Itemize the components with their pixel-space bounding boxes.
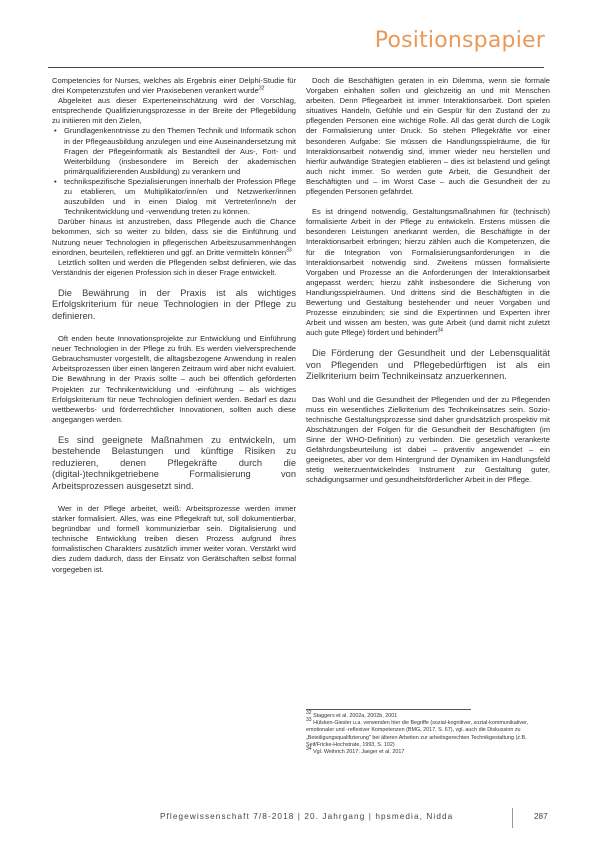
paragraph: Wer in der Pflege arbeitet, weiß: Arbeit… bbox=[52, 504, 296, 575]
paragraph: Das Wohl und die Gesundheit der Pflegend… bbox=[306, 395, 550, 486]
key-statement: Die Bewährung in der Praxis ist als wich… bbox=[52, 288, 296, 322]
footnotes: 32 Staggers et al. 2002a, 2002b, 2001 33… bbox=[306, 713, 550, 756]
footnote: 33 Hülsken-Giesler u.a. verwenden hier d… bbox=[306, 720, 550, 749]
right-column: Doch die Beschäftigten geraten in ein Di… bbox=[306, 76, 550, 485]
list-item: technikspezifische Spezialisierungen inn… bbox=[64, 177, 296, 217]
paragraph: Oft enden heute Innovationsprojekte zur … bbox=[52, 334, 296, 425]
left-column: Competencies for Nurses, welches als Erg… bbox=[52, 76, 296, 575]
paragraph: Competencies for Nurses, welches als Erg… bbox=[52, 76, 296, 96]
page-number: 287 bbox=[534, 812, 548, 821]
paragraph: Darüber hinaus ist anzustreben, dass Pfl… bbox=[52, 217, 296, 257]
spacer bbox=[306, 197, 550, 207]
key-statement: Die Förderung der Gesundheit und der Leb… bbox=[306, 348, 550, 382]
paragraph: Abgeleitet aus dieser Experteneinschätzu… bbox=[52, 96, 296, 126]
journal-footer: Pflegewissenschaft 7/8-2018 | 20. Jahrga… bbox=[160, 812, 453, 821]
footnote-ref[interactable]: 34 bbox=[437, 328, 443, 334]
footnote: 34 Vgl. Weihrich 2017; Jaeger et al. 201… bbox=[306, 749, 550, 756]
paragraph: Letztlich sollten und werden die Pflegen… bbox=[52, 258, 296, 278]
footnote-ref[interactable]: 33 bbox=[286, 247, 292, 253]
footnote-rule bbox=[306, 709, 471, 710]
footer-separator bbox=[512, 808, 513, 828]
paragraph: Es ist dringend notwendig, Gestaltungsma… bbox=[306, 207, 550, 338]
header-rule bbox=[48, 67, 544, 68]
list-item: Grundlagenkenntnisse zu den Themen Techn… bbox=[64, 126, 296, 176]
paragraph: Doch die Beschäftigten geraten in ein Di… bbox=[306, 76, 550, 197]
bullet-list: Grundlagenkenntnisse zu den Themen Techn… bbox=[52, 126, 296, 217]
section-header-title: Positionspapier bbox=[375, 28, 545, 53]
key-statement: Es sind geeignete Maßnahmen zu entwickel… bbox=[52, 435, 296, 492]
footnote-ref[interactable]: 32 bbox=[259, 86, 265, 92]
